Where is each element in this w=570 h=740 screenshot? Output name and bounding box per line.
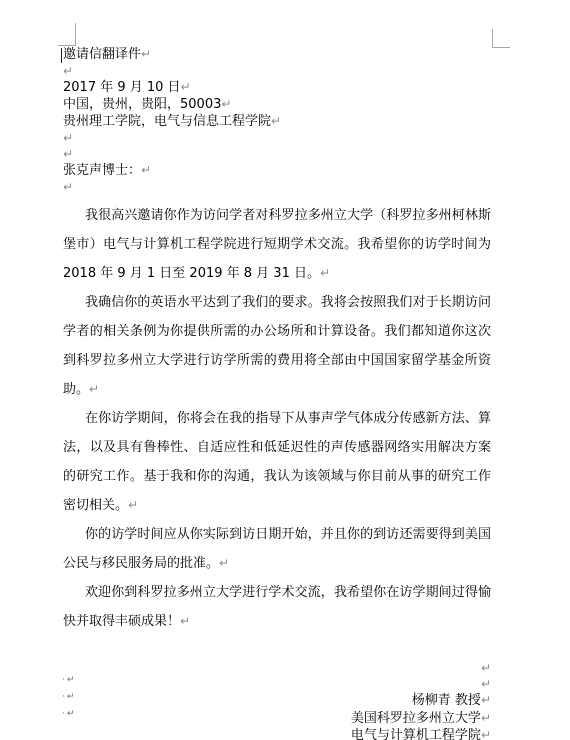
salutation[interactable]: 张克声博士： — [63, 163, 141, 178]
salutation-line[interactable]: 张克声博士：↵ — [63, 162, 491, 179]
paragraph-text[interactable]: 我很高兴邀请你作为访问学者对科罗拉多州立大学（科罗拉多州柯林斯堡市）电气与计算机… — [63, 208, 491, 281]
paragraph-mark-icon: ↵ — [89, 382, 99, 396]
letter-content[interactable]: 邀请信翻译件↵ ↵ 2017 年 9 月 10 日↵ 中国，贵州，贵阳，5000… — [63, 46, 491, 740]
body-paragraph[interactable]: 在你访学期间，你将会在我的指导下从事声学气体成分传感新方法、算法，以及具有鲁棒性… — [63, 404, 491, 520]
empty-paragraph[interactable]: ↵ — [63, 660, 491, 676]
address-line[interactable]: 中国，贵州，贵阳，50003↵ — [63, 96, 491, 113]
space-and-paragraph-mark: ·↵ — [62, 672, 76, 689]
paragraph-mark-icon: ↵ — [67, 675, 77, 685]
body-paragraph[interactable]: 你的访学时间应从你实际到访日期开始，并且你的到访还需要得到美国公民与移民服务局的… — [63, 520, 491, 578]
paragraph-mark-icon: ↵ — [481, 661, 491, 675]
document-page[interactable]: 邀请信翻译件↵ ↵ 2017 年 9 月 10 日↵ 中国，贵州，贵阳，5000… — [0, 0, 570, 740]
body-paragraph[interactable]: 我很高兴邀请你作为访问学者对科罗拉多州立大学（科罗拉多州柯林斯堡市）电气与计算机… — [63, 201, 491, 288]
paragraph-mark-icon: ↵ — [63, 180, 73, 194]
signer-name-title[interactable]: 杨柳青 教授 — [412, 693, 481, 708]
paragraph-mark-icon: ↵ — [181, 80, 191, 94]
signature-block[interactable]: ↵ ↵ 杨柳青 教授↵ 美国科罗拉多州立大学↵ 电气与计算机工程学院↵ — [63, 660, 491, 740]
paragraph-mark-icon: ↵ — [128, 498, 138, 512]
letter-date[interactable]: 2017 年 9 月 10 日 — [63, 80, 181, 95]
paragraph-mark-icon: ↵ — [219, 556, 229, 570]
paragraph-mark-icon: ↵ — [141, 47, 151, 61]
paragraph-mark-icon: ↵ — [481, 711, 491, 725]
letter-title-line[interactable]: 邀请信翻译件↵ — [63, 46, 491, 63]
address-institution[interactable]: 贵州理工学院，电气与信息工程学院 — [63, 114, 271, 129]
space-and-paragraph-mark: ·↵ — [62, 689, 76, 706]
paragraph-mark-icon: ↵ — [180, 614, 190, 628]
letter-body[interactable]: 我很高兴邀请你作为访问学者对科罗拉多州立大学（科罗拉多州柯林斯堡市）电气与计算机… — [63, 201, 491, 636]
empty-paragraph[interactable]: ↵ — [63, 63, 491, 79]
margin-crop-mark-top-right — [492, 29, 510, 48]
empty-paragraph[interactable]: ↵ — [63, 130, 491, 146]
space-and-paragraph-mark: ·↵ — [62, 706, 76, 723]
paragraph-mark-icon: ↵ — [63, 64, 73, 78]
signer-department[interactable]: 电气与计算机工程学院 — [351, 728, 481, 740]
margin-crop-mark-top-left — [58, 23, 76, 46]
signer-university[interactable]: 美国科罗拉多州立大学 — [351, 711, 481, 726]
text-cursor — [61, 48, 62, 63]
signature-line[interactable]: 杨柳青 教授↵ — [63, 692, 491, 710]
paragraph-mark-icon: ↵ — [63, 147, 73, 161]
paragraph-mark-icon: ↵ — [481, 677, 491, 691]
body-paragraph[interactable]: 我确信你的英语水平达到了我们的要求。我将会按照我们对于长期访问学者的相关条例为你… — [63, 288, 491, 404]
signature-line[interactable]: 电气与计算机工程学院↵ — [63, 727, 491, 740]
paragraph-mark-icon: ↵ — [221, 97, 231, 111]
paragraph-mark-icon: ↵ — [481, 693, 491, 707]
trailing-format-marks: ·↵ ·↵ ·↵ — [62, 672, 76, 723]
address-city[interactable]: 中国，贵州，贵阳，50003 — [63, 97, 221, 112]
empty-paragraph[interactable]: ↵ — [63, 146, 491, 162]
paragraph-mark-icon: ↵ — [67, 692, 77, 702]
paragraph-mark-icon: ↵ — [271, 114, 281, 128]
paragraph-mark-icon: ↵ — [141, 163, 151, 177]
empty-paragraph[interactable]: ↵ — [63, 676, 491, 692]
body-paragraph[interactable]: 欢迎你到科罗拉多州立大学进行学术交流，我希望你在访学期间过得愉快并取得丰硕成果！… — [63, 578, 491, 636]
paragraph-text[interactable]: 欢迎你到科罗拉多州立大学进行学术交流，我希望你在访学期间过得愉快并取得丰硕成果！ — [63, 585, 491, 629]
paragraph-mark-icon: ↵ — [481, 728, 491, 740]
signature-line[interactable]: 美国科罗拉多州立大学↵ — [63, 710, 491, 728]
paragraph-text[interactable]: 我确信你的英语水平达到了我们的要求。我将会按照我们对于长期访问学者的相关条例为你… — [63, 295, 491, 397]
paragraph-text[interactable]: 你的访学时间应从你实际到访日期开始，并且你的到访还需要得到美国公民与移民服务局的… — [63, 527, 491, 571]
paragraph-mark-icon: ↵ — [63, 131, 73, 145]
date-line[interactable]: 2017 年 9 月 10 日↵ — [63, 79, 491, 96]
empty-paragraph[interactable]: ↵ — [63, 179, 491, 195]
paragraph-mark-icon: ↵ — [320, 266, 330, 280]
address-line[interactable]: 贵州理工学院，电气与信息工程学院↵ — [63, 113, 491, 130]
paragraph-mark-icon: ↵ — [67, 709, 77, 719]
letter-title[interactable]: 邀请信翻译件 — [63, 47, 141, 62]
